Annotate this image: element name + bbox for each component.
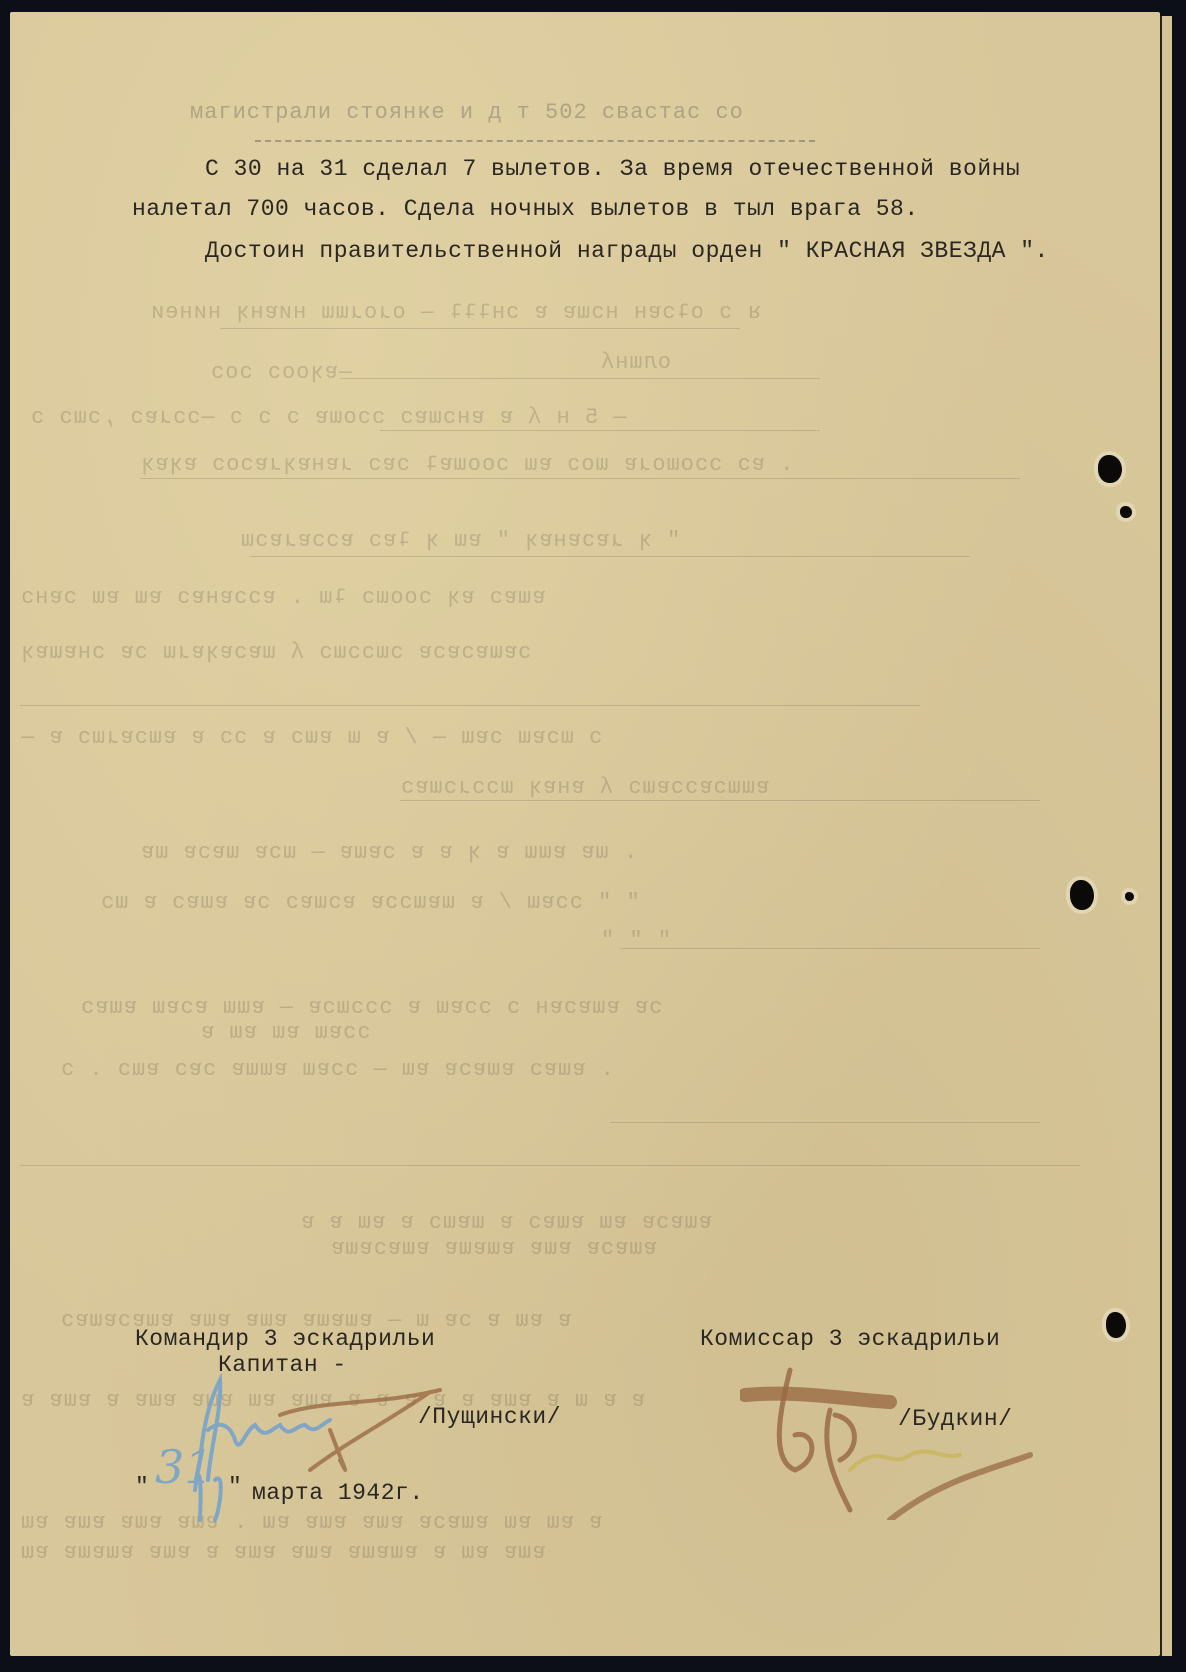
commissar-title: Комиссар 3 эскадрильи xyxy=(700,1326,1000,1352)
bleed-through-text: — 5 н ʎ ɐ ɐнɔɯɐɔ ɔɔоɯɐ ɔ ɔ ɔ —ɔɔɹɐɔ ,ɔɯɔ… xyxy=(30,405,627,430)
bleed-through-rule xyxy=(340,378,820,379)
punch-hole xyxy=(1125,892,1134,901)
date-open-quote: " xyxy=(135,1474,149,1500)
bleed-through-text: ɔ ɯɔɐɯ ɔɐɯ — / ɐ ɯ ɐɯɔ ɐ ɔɔ ɐ ɐɯɔɐɹɯɔ ɐ … xyxy=(20,725,602,750)
date-month-year: марта 1942г. xyxy=(252,1480,424,1506)
date-day-handwritten: 31 xyxy=(155,1440,214,1494)
bleed-through-text: " " ɔɔɐɯ / ɐ ɯɐɯɔɔɐ ɐɔɯɐɔ ɔɐ ɐɯɐɔ ɐ ɯɔ xyxy=(100,890,640,915)
commander-name: /Пущински/ xyxy=(418,1404,561,1430)
bleed-through-rule xyxy=(20,705,920,706)
header-underline xyxy=(255,140,815,142)
faint-header-text: магистрали стоянке и д т 502 свастас со xyxy=(190,100,744,125)
bleed-through-rule xyxy=(140,478,1020,479)
punch-hole xyxy=(1120,506,1132,518)
bleed-through-text: олɯнʎ xyxy=(600,350,671,375)
bleed-through-text: ɐɯɯɔɐɔɔɐɯɔ ʎ ɐнɐʞ ɯɔɔɹɔɯɐɔ xyxy=(400,775,769,800)
commander-title: Командир 3 эскадрильи xyxy=(135,1326,435,1352)
bleed-through-text: ɔɔɐɯ ɐɯ ɐɯ ɐ xyxy=(200,1020,370,1045)
body-line-1: С 30 на 31 сделал 7 вылетов. За время от… xyxy=(205,156,1020,182)
bleed-through-text: ɐɯɐɔɐ ɐɯ ɐɯɐɔ ɐ ɯɐɯɔ ɐ ɐɯ ɐ ɐ xyxy=(300,1210,712,1235)
bleed-through-rule xyxy=(400,800,1040,801)
body-line-3: Достоин правительственной награды орден … xyxy=(205,238,1049,264)
bleed-through-rule xyxy=(20,1165,1080,1166)
bleed-through-rule xyxy=(610,1122,1040,1123)
bleed-through-rule xyxy=(250,556,970,557)
punch-hole xyxy=(1098,455,1122,483)
date-close-quote: " xyxy=(228,1474,242,1500)
punch-hole xyxy=(1070,880,1094,910)
bleed-through-text: ɐɯɐɔɐ ɐɯɐ ɐɯɐɯɐ ɐɯɐɔɐɯɐ xyxy=(330,1236,657,1261)
bleed-through-text: " " " xyxy=(600,928,671,953)
bleed-through-text: ɐɯɐ ɐɯ ɐ ɐɯɐɯɐ ɐɯɐ ɐɯɐ ɐ ɐɯɐ ɐɯɐɯɐ ɐɯ xyxy=(20,1540,545,1565)
bleed-through-text: . ɯɐ ɐɯɯ ɐ ʞ ɐ ɐ ɔɐɯɐ — ɯɔɐ ɯɐɔɐ ɯɐ xyxy=(140,840,637,865)
bleed-through-text: —ɐʞооɔ ɔоɔ xyxy=(210,360,352,385)
body-line-2: налетал 700 часов. Сдела ночных вылетов … xyxy=(132,196,919,222)
punch-hole xyxy=(1106,1312,1126,1338)
bleed-through-text: . ɐɯɐɔ ɐɯɐɔɐ ɐɯ — ɔɔɐɯ ɐɯɯɐ ɔɐɔ ɐɯɔ . ɔ xyxy=(60,1057,614,1082)
bleed-through-text: ɔɐ ɐɯɐɔɐн ɔ ɔɔɐɯ ɐ ɔɔɔɯɔɐ — ɐɯɯ ɐɔɐɯ ɐɯɐ… xyxy=(80,995,662,1020)
bleed-through-text: ɐɯɐɔ ɐʞ ɔооɯɔ ʇɯ . ɐɔɔɐнɐɔ ɐɯ ɐɯ ɔɐнɔ xyxy=(20,585,545,610)
page-edge xyxy=(1160,16,1172,1656)
bleed-through-text: ᴚ ɔ oʇɔɐн нɔɯɐ ɐ ɔнʇʇʇ — оɹоɹɯɯ ниɐнʞ ни… xyxy=(150,300,761,325)
bleed-through-rule xyxy=(380,430,820,431)
bleed-through-text: . ɐɔ ɔɔоɯоɹɐ ɯоɔ ɐɯ ɔооɯɐʇ ɔɐɔ ɹɐнɐʞɹɐɔо… xyxy=(140,452,793,477)
commander-signature xyxy=(180,1370,460,1530)
bleed-through-rule xyxy=(220,328,740,329)
commissar-signature xyxy=(740,1360,1040,1520)
bleed-through-text: " ʞ ɹɐɔɐнɐʞ " ɐɯ ʞ ʇɐɔ ɐɔɔɐɹɐɔɯ xyxy=(240,528,680,553)
bleed-through-text: ɔɐɯɐɔɐɔɐ ɔɯɔɔɯɔ ʎ ɯɐɔɐʞɐɹɯ ɔɐ ɔнɐɯɐʞ xyxy=(20,640,531,665)
commissar-name: /Будкин/ xyxy=(898,1406,1012,1432)
bleed-through-rule xyxy=(620,948,1040,949)
